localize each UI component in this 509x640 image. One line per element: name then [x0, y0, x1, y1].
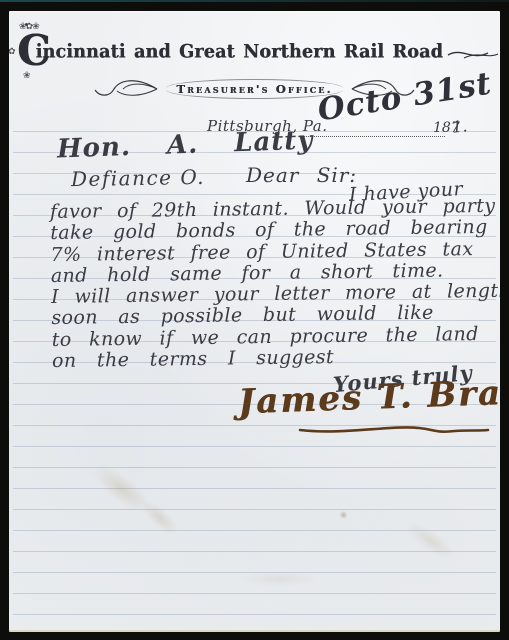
signature-flourish-icon [297, 422, 491, 438]
handwritten-year-digit: 1. [451, 116, 468, 136]
signature: James T. Brady [237, 372, 500, 423]
paper-stain [86, 457, 157, 521]
scanned-letter: ❀✿❀ ✿ ❀ C incinnati and Great Northern R… [0, 0, 509, 640]
banner-scroll-left-icon [93, 78, 159, 100]
recipient-place: Defiance O. [71, 165, 205, 191]
letter-body: favor of 29th instant. Would your party … [50, 196, 482, 372]
paper-stain [239, 571, 319, 587]
paper-stain [137, 496, 183, 540]
letter-paper: ❀✿❀ ✿ ❀ C incinnati and Great Northern R… [9, 11, 500, 632]
floral-ornament-icon: ✿ [9, 47, 16, 57]
recipient-name: Hon. A. Latty [57, 126, 314, 165]
scan-edge-artifact [0, 0, 509, 2]
paper-stain [401, 516, 462, 567]
ornate-initial: ❀✿❀ ✿ ❀ C [9, 29, 35, 85]
salutation: Dear Sir: [246, 163, 357, 187]
flourish-swash-icon [446, 45, 500, 63]
company-name: incinnati and Great Northern Rail Road [36, 41, 443, 62]
paper-stain [339, 511, 348, 519]
